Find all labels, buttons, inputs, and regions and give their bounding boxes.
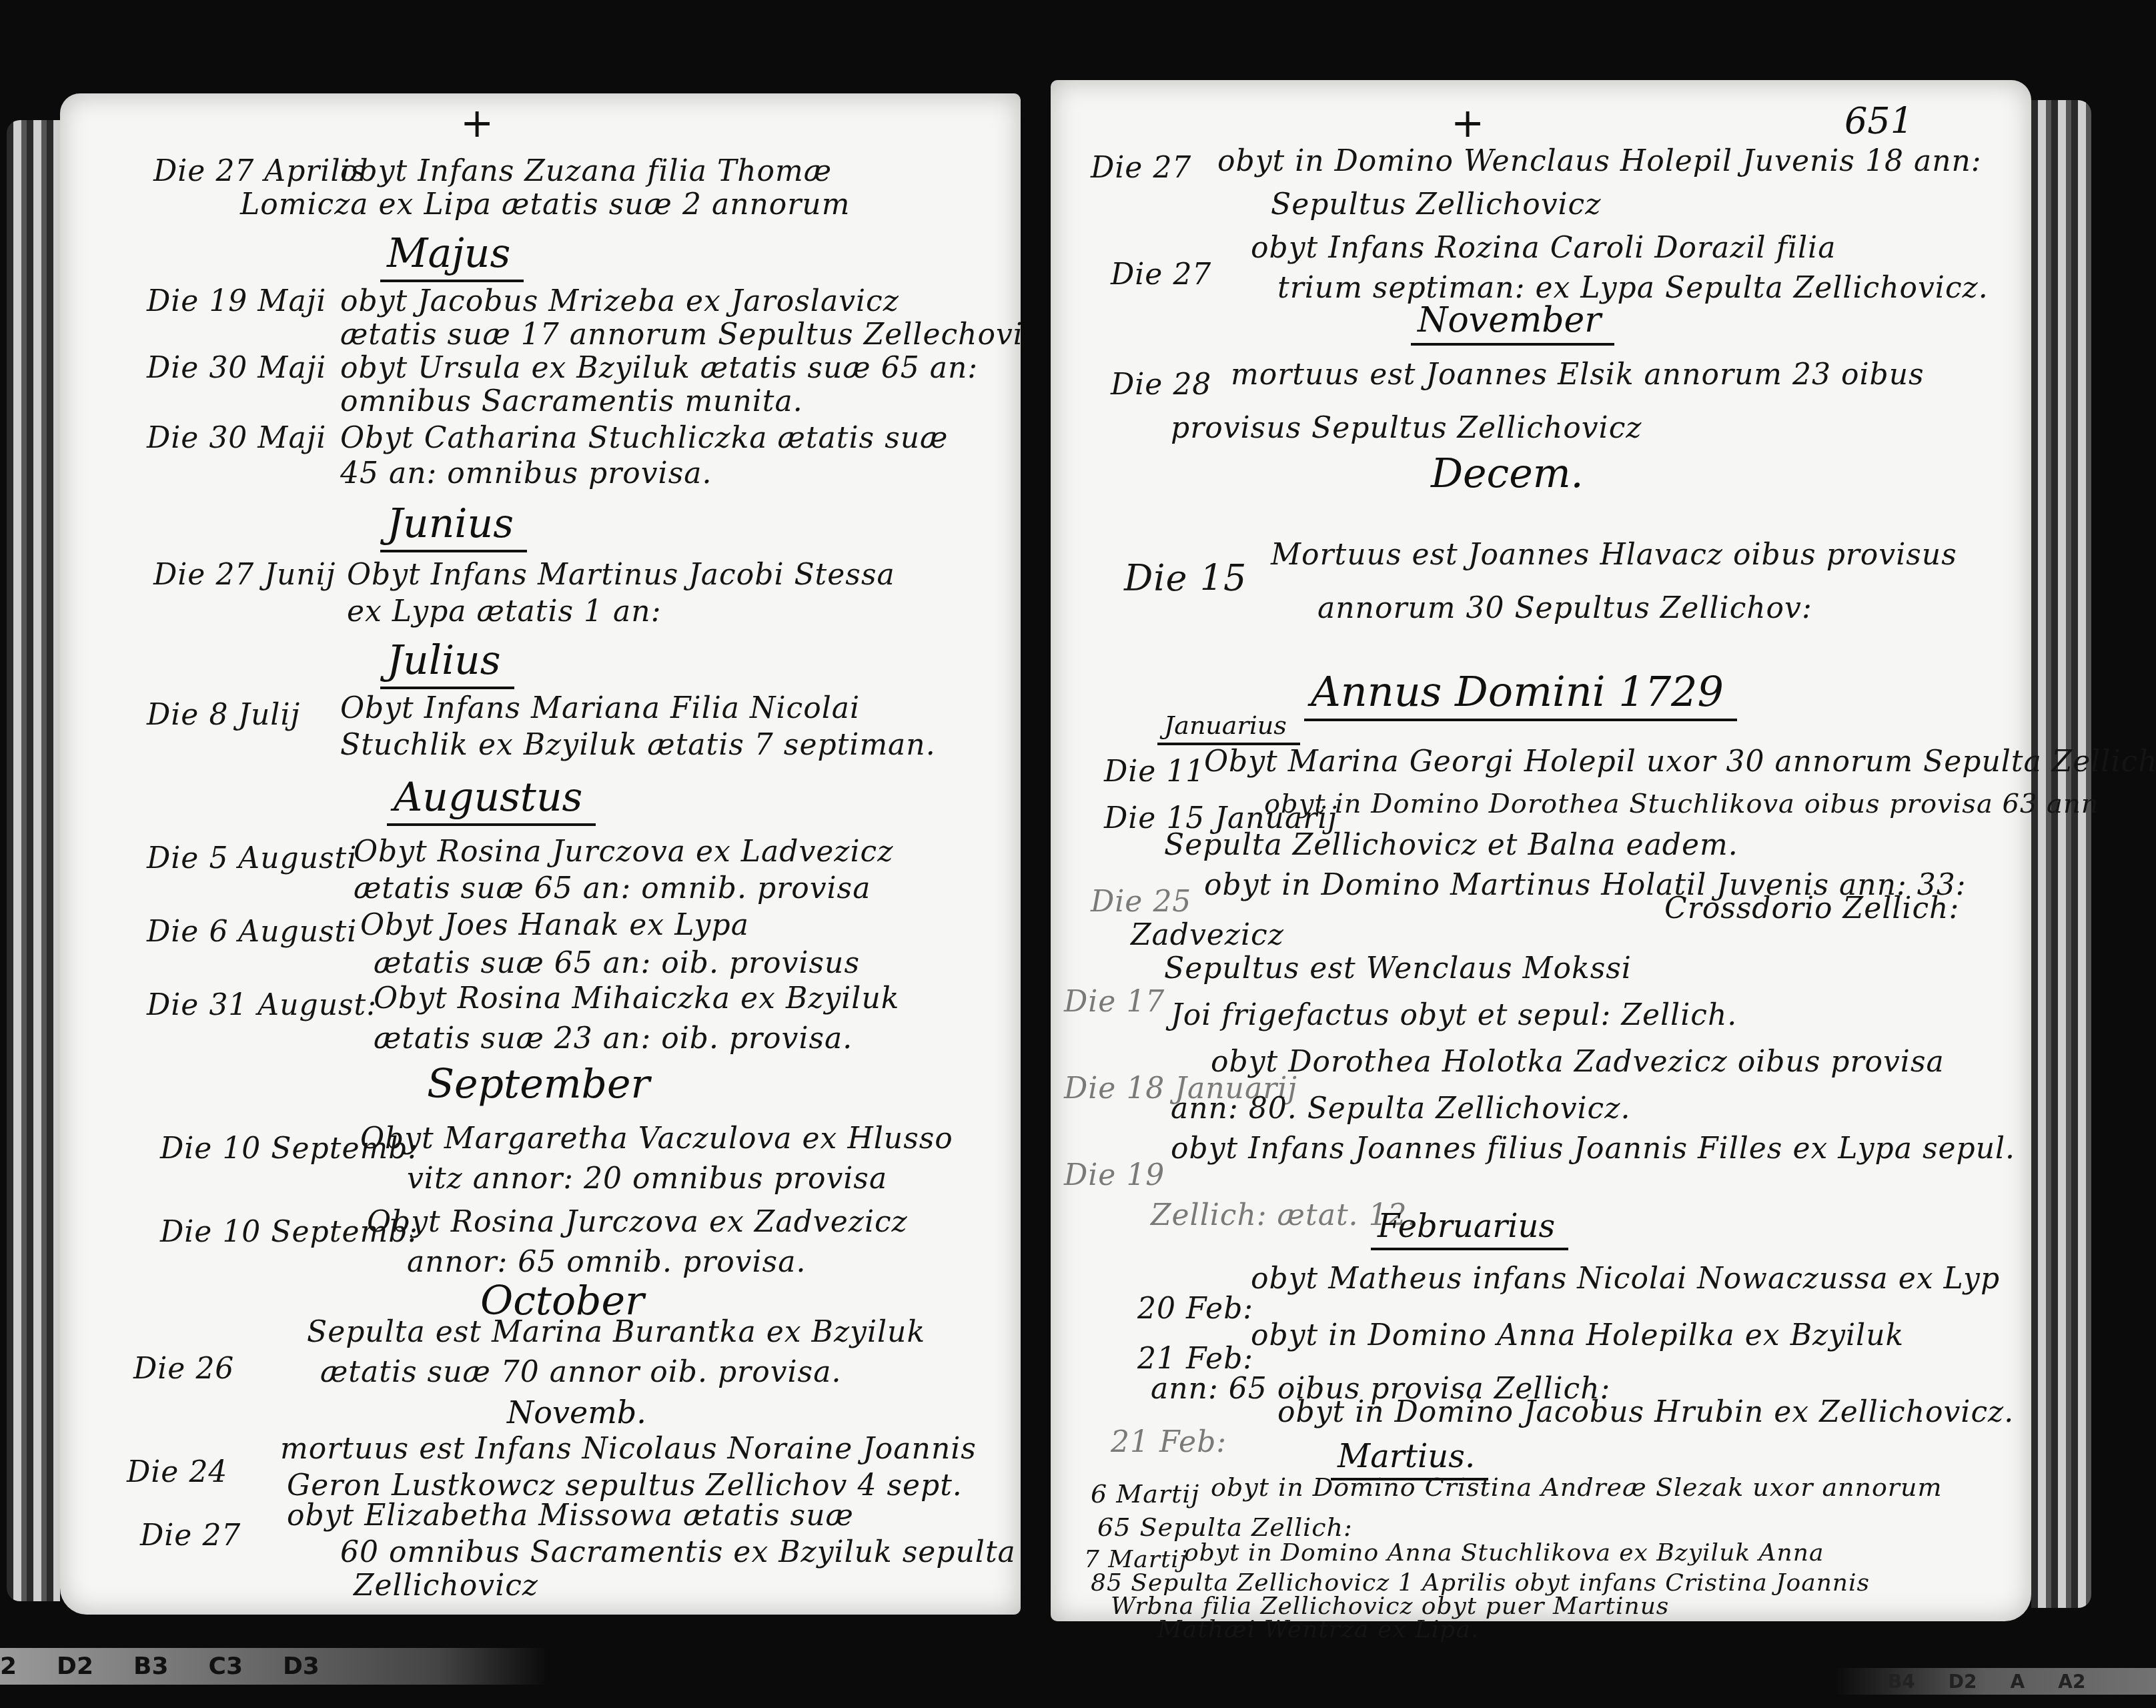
entry-line: Sepulta Zellichovicz et Balna eadem. bbox=[1164, 831, 1738, 860]
entry-line: Wrbna filia Zellichovicz obyt puer Marti… bbox=[1111, 1595, 1669, 1619]
entry-line: Obyt Rosina Jurczova ex Zadvezicz bbox=[367, 1208, 908, 1237]
entry-line: ex Lypa ætatis 1 an: bbox=[347, 597, 662, 626]
entry-line: ætatis suæ 65 an: omnib. provisa bbox=[354, 874, 871, 903]
month-heading: Januarius bbox=[1157, 711, 1300, 745]
entry-line: Geron Lustkowcz sepultus Zellichov 4 sep… bbox=[287, 1471, 963, 1501]
entry-date: Die 28 bbox=[1111, 370, 1211, 400]
entry-date: Die 15 bbox=[1124, 560, 1247, 596]
entry-line: 85 Sepulta Zellichovicz 1 Aprilis obyt i… bbox=[1091, 1571, 1870, 1595]
entry-date: Die 30 Maji bbox=[147, 424, 326, 453]
entry-line: trium septiman: ex Lypa Sepulta Zellicho… bbox=[1277, 274, 1989, 303]
month-heading: Decem. bbox=[1424, 450, 1597, 500]
entry-date: Die 30 Maji bbox=[147, 354, 326, 383]
book-edge-right bbox=[2031, 100, 2091, 1608]
entry-line: obyt in Domino Cristina Andreæ Slezak ux… bbox=[1211, 1474, 1943, 1500]
entry-date: Die 25 bbox=[1091, 887, 1191, 917]
right-page: 651 + Die 27 obyt in Domino Wenclaus Hol… bbox=[1051, 80, 2031, 1621]
entry-date: Die 27 Aprilis bbox=[153, 157, 366, 186]
entry-date: Die 5 Augusti bbox=[147, 844, 357, 873]
entry-line: obyt in Domino Dorothea Stuchlikova oibu… bbox=[1264, 791, 2099, 817]
entry-line: ætatis suæ 65 an: oib. provisus bbox=[374, 949, 860, 978]
entry-line: obyt Dorothea Holotka Zadvezicz oibus pr… bbox=[1211, 1047, 1945, 1077]
entry-line: Obyt Joes Hanak ex Lypa bbox=[360, 911, 749, 940]
entry-line: obyt Infans Joannes filius Joannis Fille… bbox=[1171, 1134, 2015, 1164]
entry-date: Die 31 August: bbox=[147, 991, 377, 1020]
entry-line: ætatis suæ 70 annor oib. provisa. bbox=[320, 1358, 841, 1387]
month-heading: Augustus bbox=[387, 774, 596, 826]
entry-line: Mathæi Wentrza ex Lipa. bbox=[1157, 1618, 1479, 1642]
year-heading: Annus Domini 1729 bbox=[1304, 667, 1737, 721]
month-heading: Junius bbox=[380, 500, 527, 552]
entry-line: annorum 30 Sepultus Zellichov: bbox=[1317, 594, 1812, 623]
entry-line: Zadvezicz bbox=[1131, 921, 1284, 950]
month-heading: Majus bbox=[380, 230, 524, 282]
month-heading: Novemb. bbox=[500, 1394, 660, 1433]
entry-date: Die 27 bbox=[140, 1521, 241, 1551]
entry-date: Die 24 bbox=[127, 1458, 227, 1487]
month-heading: Februarius bbox=[1371, 1208, 1568, 1250]
cross-symbol: + bbox=[1451, 100, 1484, 147]
film-label: C3 bbox=[209, 1653, 243, 1680]
entry-line: Zellichovicz bbox=[354, 1571, 538, 1601]
film-label: A bbox=[2011, 1671, 2025, 1693]
entry-line: Obyt Infans Mariana Filia Nicolai bbox=[340, 694, 860, 723]
entry-date: Die 19 bbox=[1064, 1161, 1165, 1190]
entry-date: Die 27 Junij bbox=[153, 560, 336, 590]
film-label: D2 bbox=[1949, 1671, 1977, 1693]
film-label: B3 bbox=[133, 1653, 169, 1680]
film-label: 2 bbox=[0, 1653, 17, 1680]
entry-line: obyt in Domino Jacobus Hrubin ex Zellich… bbox=[1277, 1398, 2014, 1427]
film-label: B4 bbox=[1888, 1671, 1915, 1693]
entry-line: Crossdorio Zellich: bbox=[1664, 894, 1959, 923]
entry-line: Obyt Rosina Mihaiczka ex Bzyiluk bbox=[374, 984, 899, 1013]
entry-line: obyt Infans Zuzana filia Thomæ bbox=[340, 157, 832, 186]
entry-line: ann: 80. Sepulta Zellichovicz. bbox=[1171, 1094, 1630, 1124]
entry-line: Sepultus Zellichovicz bbox=[1271, 190, 1601, 220]
entry-date: Die 17 bbox=[1064, 987, 1165, 1017]
entry-line: Sepultus est Wenclaus Mokssi bbox=[1164, 954, 1632, 983]
entry-line: 65 Sepulta Zellich: bbox=[1097, 1515, 1353, 1540]
book-edge-left bbox=[7, 120, 60, 1601]
month-heading: November bbox=[1411, 300, 1614, 346]
entry-line: Mortuus est Joannes Hlavacz oibus provis… bbox=[1271, 540, 1957, 570]
entry-date: 6 Martij bbox=[1091, 1481, 1199, 1507]
entry-date: Die 27 bbox=[1091, 153, 1191, 183]
entry-date: 21 Feb: bbox=[1111, 1428, 1227, 1457]
month-heading: Julius bbox=[380, 637, 514, 689]
film-label: A2 bbox=[2058, 1671, 2085, 1693]
entry-date: Die 11 bbox=[1104, 757, 1205, 787]
entry-line: Obyt Rosina Jurczova ex Ladvezicz bbox=[354, 837, 893, 867]
entry-date: Die 19 Maji bbox=[147, 287, 326, 316]
film-label: D2 bbox=[57, 1653, 93, 1680]
entry-date: 20 Feb: bbox=[1137, 1294, 1253, 1324]
cross-symbol: + bbox=[460, 100, 494, 147]
entry-line: provisus Sepultus Zellichovicz bbox=[1171, 414, 1642, 443]
entry-date: Die 6 Augusti bbox=[147, 917, 357, 947]
entry-line: Lomicza ex Lipa ætatis suæ 2 annorum bbox=[240, 190, 850, 220]
film-strip-left: 2 D2 B3 C3 D3 bbox=[0, 1648, 547, 1685]
entry-line: annor: 65 omnib. provisa. bbox=[407, 1248, 806, 1277]
entry-date: Die 8 Julij bbox=[147, 701, 300, 730]
entry-line: obyt Infans Rozina Caroli Dorazil filia bbox=[1251, 234, 1836, 263]
entry-line: ætatis suæ 23 an: oib. provisa. bbox=[374, 1024, 853, 1053]
page-number: 651 bbox=[1844, 100, 1913, 142]
entry-line: mortuus est Infans Nicolaus Noraine Joan… bbox=[280, 1434, 977, 1464]
entry-line: obyt in Domino Anna Holepilka ex Bzyiluk bbox=[1251, 1321, 1904, 1350]
entry-line: obyt Matheus infans Nicolai Nowaczussa e… bbox=[1251, 1264, 2000, 1294]
entry-date: 21 Feb: bbox=[1137, 1344, 1253, 1374]
entry-line: ætatis suæ 17 annorum Sepultus Zellechov… bbox=[340, 320, 1057, 350]
left-page: + Die 27 Aprilis obyt Infans Zuzana fili… bbox=[60, 93, 1021, 1615]
entry-line: vitz annor: 20 omnibus provisa bbox=[407, 1164, 887, 1194]
entry-line: Sepulta est Marina Burantka ex Bzyiluk bbox=[307, 1318, 925, 1347]
entry-line: Obyt Infans Martinus Jacobi Stessa bbox=[347, 560, 895, 590]
entry-line: 45 an: omnibus provisa. bbox=[340, 459, 712, 488]
entry-line: obyt Elizabetha Missowa ætatis suæ bbox=[287, 1501, 854, 1531]
book-gutter bbox=[1021, 80, 1051, 1635]
entry-date: Die 27 bbox=[1111, 260, 1211, 290]
entry-line: mortuus est Joannes Elsik annorum 23 oib… bbox=[1231, 360, 1925, 390]
entry-line: obyt Ursula ex Bzyiluk ætatis suæ 65 an: bbox=[340, 354, 978, 383]
entry-line: obyt Jacobus Mrizeba ex Jaroslavicz bbox=[340, 287, 899, 316]
entry-line: 60 omnibus Sacramentis ex Bzyiluk sepult… bbox=[340, 1538, 1016, 1567]
entry-line: omnibus Sacramentis munita. bbox=[340, 387, 803, 416]
entry-line: Obyt Margaretha Vaczulova ex Hlusso bbox=[360, 1124, 953, 1154]
entry-date: 7 Martij bbox=[1084, 1548, 1187, 1572]
entry-line: Stuchlik ex Bzyiluk ætatis 7 septiman. bbox=[340, 731, 936, 760]
film-strip-right: B4 D2 A A2 bbox=[1834, 1668, 2156, 1695]
entry-line: Obyt Catharina Stuchliczka ætatis suæ bbox=[340, 424, 948, 453]
entry-date: Die 26 bbox=[133, 1354, 234, 1384]
month-heading: September bbox=[420, 1061, 663, 1110]
entry-line: Joi frigefactus obyt et sepul: Zellich. bbox=[1171, 1001, 1737, 1030]
film-label: D3 bbox=[283, 1653, 320, 1680]
entry-line: Obyt Marina Georgi Holepil uxor 30 annor… bbox=[1204, 747, 2156, 777]
entry-line: obyt in Domino Wenclaus Holepil Juvenis … bbox=[1217, 147, 1982, 176]
entry-line: obyt in Domino Anna Stuchlikova ex Bzyil… bbox=[1184, 1541, 1824, 1565]
